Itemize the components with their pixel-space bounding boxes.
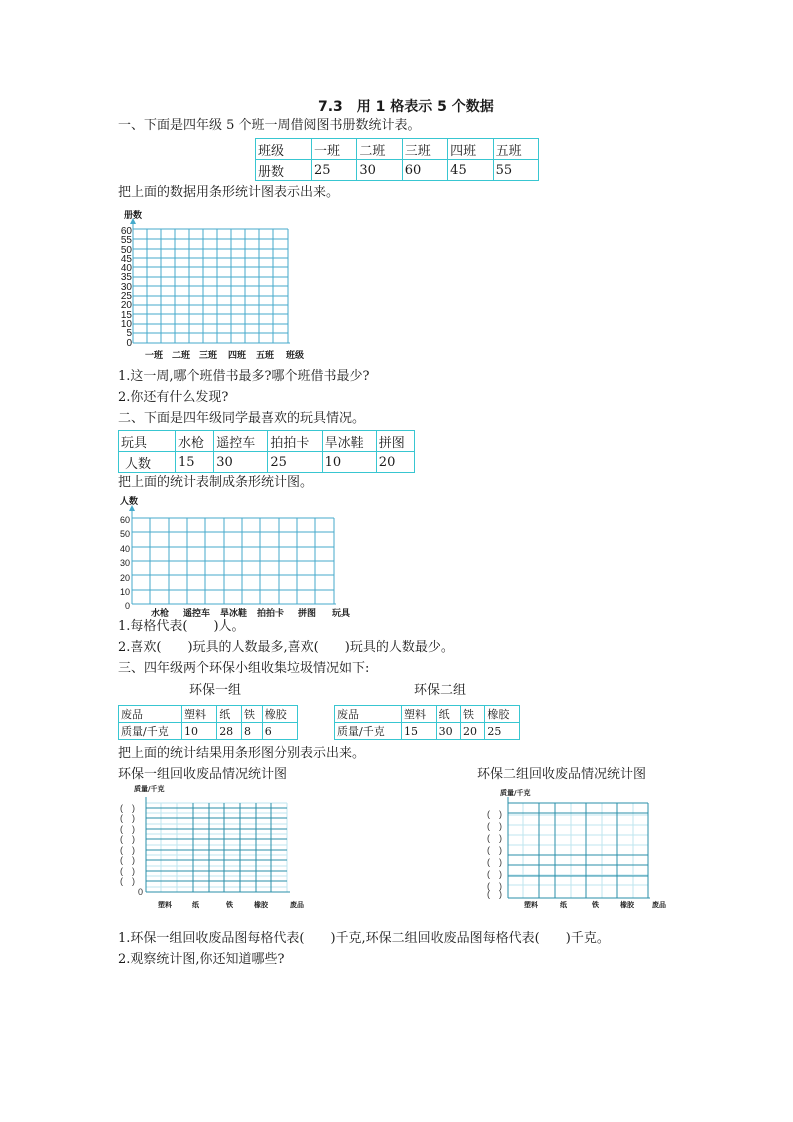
y-tick: 60: [116, 513, 130, 527]
y-tick: 50: [116, 527, 130, 541]
y-tick: 40: [116, 542, 130, 556]
y-tick-blank: ( ): [120, 856, 135, 865]
question-1-1: 1.这一周,哪个班借书最多?哪个班借书最少?: [118, 368, 369, 386]
question-1-2: 2.你还有什么发现?: [118, 389, 228, 407]
table-row: 废品 塑料 纸 铁 橡胶: [335, 706, 520, 723]
y-tick-blank: ( ): [120, 814, 135, 823]
table-cell: 10: [322, 452, 376, 473]
y-tick-blank: ( ): [120, 867, 135, 876]
y-tick-blank: ( ): [487, 834, 502, 843]
section3-instruction: 把上面的统计结果用条形图分别表示出来。: [118, 745, 365, 763]
y-tick-zero: 0: [138, 888, 143, 897]
grid-chart-1: [118, 218, 318, 353]
y-tick-blank: ( ): [487, 890, 502, 899]
table-cell: 铁: [241, 706, 262, 723]
table-cell: 三班: [402, 139, 447, 160]
y-tick-blank: ( ): [487, 870, 502, 879]
table-cell: 五班: [493, 139, 538, 160]
table-row: 人数 15 30 25 10 20: [119, 452, 415, 473]
x-tick: 纸: [560, 900, 567, 910]
table-cell: 塑料: [402, 706, 437, 723]
table-cell: 橡胶: [262, 706, 297, 723]
grid-chart-2: [118, 505, 348, 610]
y-tick-blank: ( ): [120, 835, 135, 844]
table-cell: 拍拍卡: [268, 431, 322, 452]
table-row: 废品 塑料 纸 铁 橡胶: [119, 706, 298, 723]
x-tick: 拼图: [298, 606, 316, 619]
class-borrow-table: 班级 一班 二班 三班 四班 五班 册数 25 30 60 45 55: [255, 138, 539, 181]
table-cell: 28: [217, 723, 242, 740]
table-cell: 30: [357, 160, 402, 181]
group1-name: 环保一组: [189, 682, 241, 700]
table-cell: 15: [402, 723, 437, 740]
table-cell: 质量/千克: [119, 723, 182, 740]
y-tick: 0: [116, 339, 132, 348]
question-2-1: 1.每格代表( )人。: [118, 618, 245, 636]
table-cell: 30: [214, 452, 268, 473]
table-cell: 四班: [448, 139, 493, 160]
y-tick-blank: ( ): [120, 804, 135, 813]
y-tick-blank: ( ): [487, 822, 502, 831]
table-cell: 25: [268, 452, 322, 473]
x-tick: 橡胶: [254, 900, 268, 910]
table-cell: 10: [182, 723, 217, 740]
table-cell: 废品: [335, 706, 402, 723]
table-cell: 废品: [119, 706, 182, 723]
table-cell: 拼图: [376, 431, 414, 452]
table-row: 玩具 水枪 遥控车 拍拍卡 旱冰鞋 拼图: [119, 431, 415, 452]
x-tick: 拍拍卡: [257, 606, 284, 619]
table-cell: 纸: [436, 706, 460, 723]
x-tick: 纸: [192, 900, 199, 910]
table-cell: 15: [176, 452, 214, 473]
table-row: 质量/千克 10 28 8 6: [119, 723, 298, 740]
group2-name: 环保二组: [414, 682, 466, 700]
question-3-1: 1.环保一组回收废品图每格代表( )千克,环保二组回收废品图每格代表( )千克。: [118, 930, 610, 948]
table-cell: 水枪: [176, 431, 214, 452]
x-tick: 铁: [592, 900, 599, 910]
table-row: 班级 一班 二班 三班 四班 五班: [256, 139, 539, 160]
y-tick-blank: ( ): [120, 846, 135, 855]
y-axis-title: 质量/千克: [134, 784, 165, 794]
y-tick: 10: [116, 585, 130, 599]
table-cell: 铁: [460, 706, 484, 723]
grid-chart-3: [118, 795, 298, 900]
section1-instruction: 把上面的数据用条形统计图表示出来。: [118, 184, 339, 202]
toy-table: 玩具 水枪 遥控车 拍拍卡 旱冰鞋 拼图 人数 15 30 25 10 20: [118, 430, 415, 473]
x-tick: 一班: [145, 348, 163, 361]
table-cell: 25: [485, 723, 520, 740]
table-cell: 旱冰鞋: [322, 431, 376, 452]
x-tick: 三班: [199, 348, 217, 361]
x-tick: 橡胶: [620, 900, 634, 910]
table-cell: 质量/千克: [335, 723, 402, 740]
grid-chart-4: [500, 795, 660, 900]
table-cell: 玩具: [119, 431, 176, 452]
table-row: 质量/千克 15 30 20 25: [335, 723, 520, 740]
x-axis-title: 玩具: [332, 606, 350, 619]
x-tick: 二班: [172, 348, 190, 361]
x-axis-title: 废品: [652, 900, 666, 910]
table-cell: 纸: [217, 706, 242, 723]
table-cell: 册数: [256, 160, 312, 181]
y-tick: 30: [116, 556, 130, 570]
section3-heading: 三、四年级两个环保小组收集垃圾情况如下:: [118, 660, 369, 678]
x-tick: 四班: [228, 348, 246, 361]
y-tick-blank: ( ): [120, 825, 135, 834]
x-tick: 五班: [256, 348, 274, 361]
group2-table: 废品 塑料 纸 铁 橡胶 质量/千克 15 30 20 25: [334, 705, 520, 740]
table-cell: 一班: [312, 139, 357, 160]
y-tick: 20: [116, 571, 130, 585]
table-cell: 遥控车: [214, 431, 268, 452]
table-cell: 人数: [119, 452, 176, 473]
question-3-2: 2.观察统计图,你还知道哪些?: [118, 951, 285, 969]
x-axis-title: 废品: [290, 900, 304, 910]
table-cell: 橡胶: [485, 706, 520, 723]
y-tick-blank: ( ): [487, 810, 502, 819]
page-title: 7.3 用 1 格表示 5 个数据: [318, 96, 494, 116]
table-cell: 二班: [357, 139, 402, 160]
y-tick-blank: ( ): [120, 877, 135, 886]
table-cell: 30: [436, 723, 460, 740]
x-tick: 铁: [226, 900, 233, 910]
x-tick: 塑料: [158, 900, 172, 910]
table-row: 册数 25 30 60 45 55: [256, 160, 539, 181]
y-tick: 0: [116, 599, 130, 613]
x-axis-title: 班级: [286, 348, 304, 361]
table-cell: 45: [448, 160, 493, 181]
table-cell: 8: [241, 723, 262, 740]
section1-heading: 一、下面是四年级 5 个班一周借阅图书册数统计表。: [118, 117, 421, 135]
chart3-title: 环保一组回收废品情况统计图: [118, 766, 287, 784]
y-tick-blank: ( ): [487, 858, 502, 867]
x-tick: 塑料: [524, 900, 538, 910]
table-cell: 6: [262, 723, 297, 740]
table-cell: 20: [460, 723, 484, 740]
question-2-2: 2.喜欢( )玩具的人数最多,喜欢( )玩具的人数最少。: [118, 639, 454, 657]
chart4-title: 环保二组回收废品情况统计图: [477, 766, 646, 784]
table-cell: 60: [402, 160, 447, 181]
section2-instruction: 把上面的统计表制成条形统计图。: [118, 474, 313, 492]
y-tick-blank: ( ): [487, 846, 502, 855]
table-cell: 塑料: [182, 706, 217, 723]
table-cell: 20: [376, 452, 414, 473]
section2-heading: 二、下面是四年级同学最喜欢的玩具情况。: [118, 410, 365, 428]
table-cell: 55: [493, 160, 538, 181]
group1-table: 废品 塑料 纸 铁 橡胶 质量/千克 10 28 8 6: [118, 705, 298, 740]
table-cell: 25: [312, 160, 357, 181]
table-cell: 班级: [256, 139, 312, 160]
